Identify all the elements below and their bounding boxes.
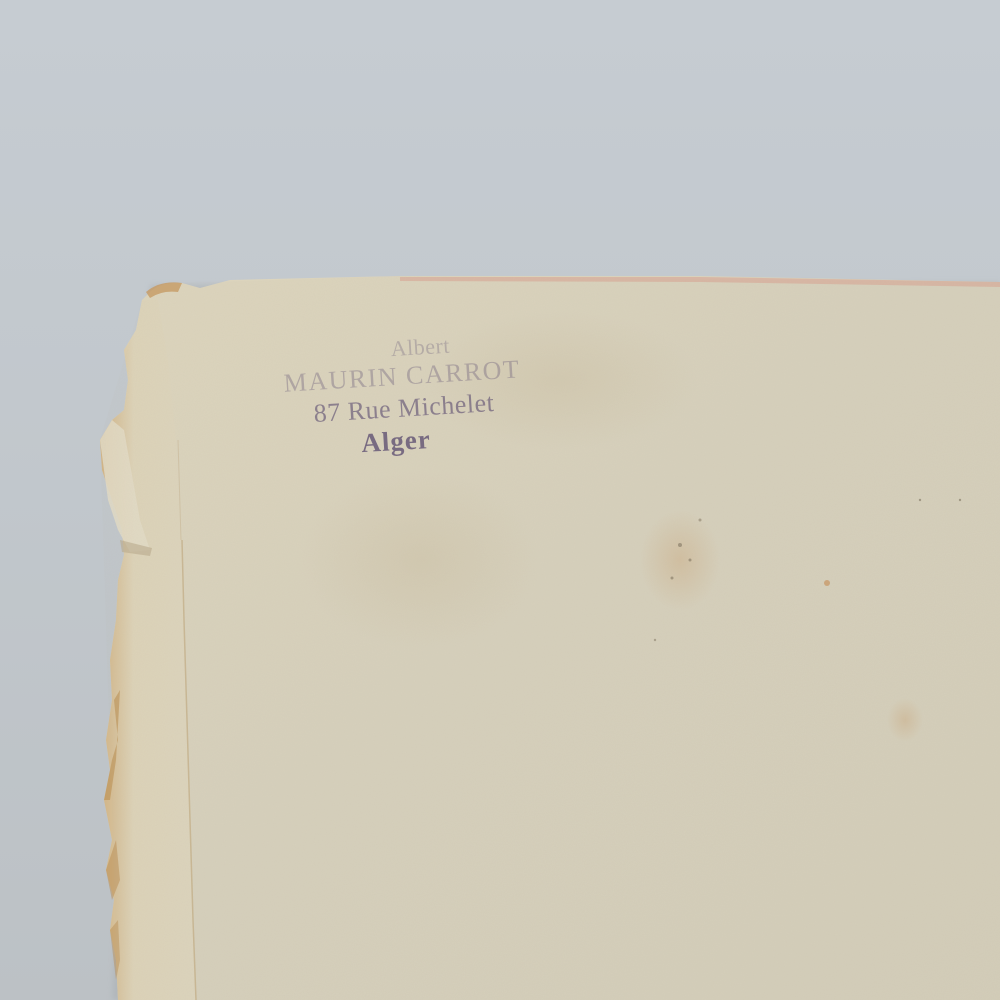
owner-stamp: Albert MAURIN CARROT 87 Rue Michelet Alg…: [230, 327, 577, 465]
book-cover: [0, 0, 1000, 1000]
photo-scene: Albert MAURIN CARROT 87 Rue Michelet Alg…: [0, 0, 1000, 1000]
